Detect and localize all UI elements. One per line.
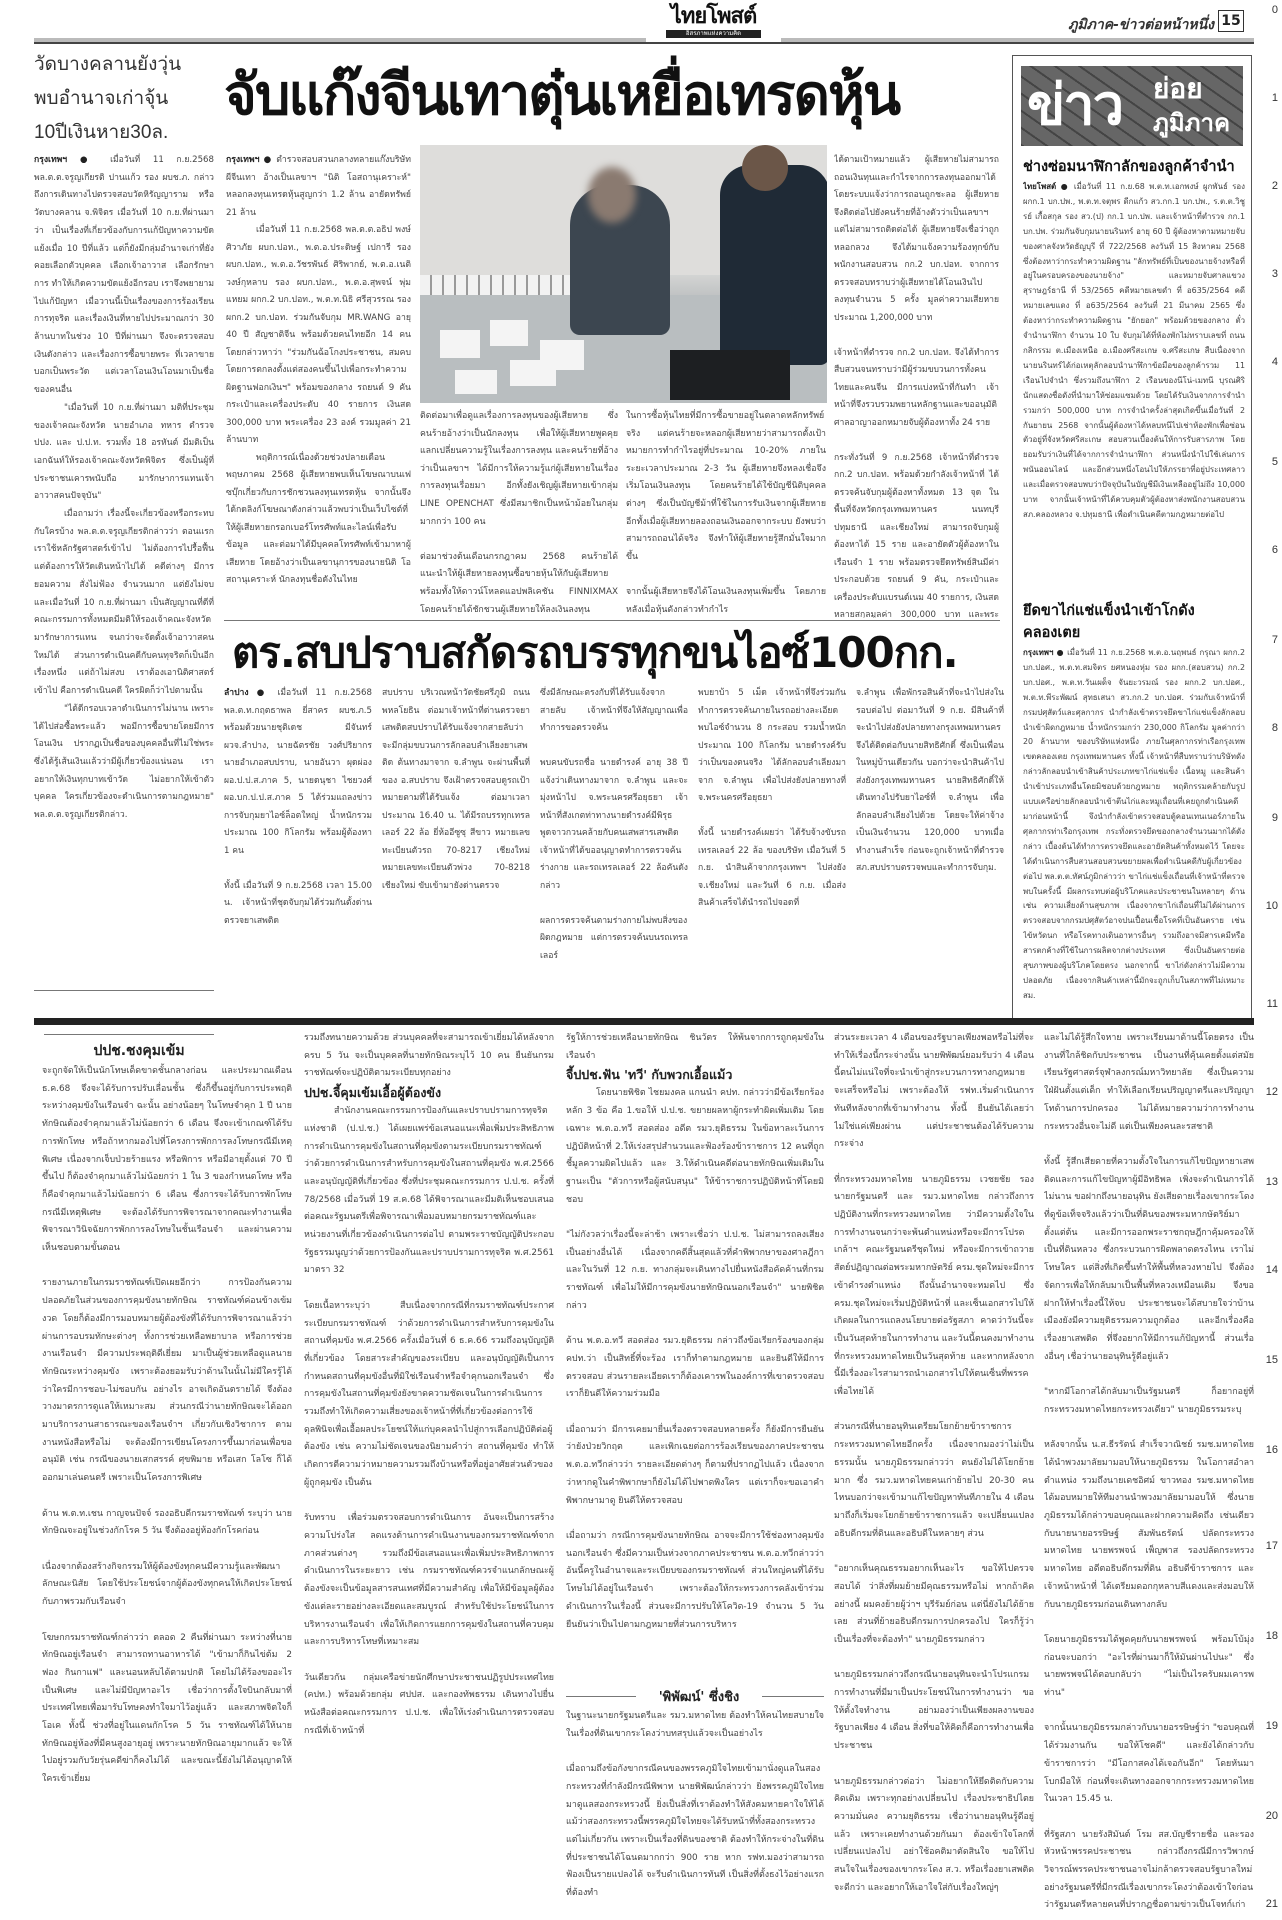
- margin-number: 5: [1272, 456, 1278, 468]
- margin-number: 15: [1266, 1354, 1278, 1366]
- ice-col-1: ลำปาง ● เมื่อวันที่ 11 ก.ย.2568 พล.ต.ท.ก…: [224, 685, 372, 1015]
- margin-number: 4: [1272, 356, 1278, 368]
- news-briefs-banner: ข่าว ย่อย ภูมิภาค: [1021, 66, 1243, 146]
- divider: [34, 990, 214, 991]
- margin-number: 13: [1266, 1176, 1278, 1188]
- paragraph: โดยนายพิชิต ไชยมงคล แกนนำ คปท. กล่าวว่าม…: [566, 1085, 824, 1634]
- subheading: ปปช.จี้คุมเข้มเอื้อผู้ต้องขัง: [304, 1083, 554, 1103]
- margin-number: 2: [1272, 180, 1278, 192]
- margin-number: 21: [1266, 1898, 1278, 1910]
- brief-title: ยึดขาไก่แช่แข็งนำเข้าโกดังคลองเตย: [1023, 600, 1245, 644]
- thaksin-col-2: รวมถึงทนายความด้วย ส่วนบุคคลที่จะสามารถเ…: [304, 1030, 554, 1915]
- paragraph: เมื่อวันที่ 11 ก.ย.2568 พล.ต.ต.อธิป พงษ์…: [226, 222, 411, 450]
- ice-col-4: พบยาบ้า 5 เม็ด เจ้าหน้าที่จึงร่วมกันทำกา…: [698, 685, 846, 1015]
- margin-number: 18: [1266, 1630, 1278, 1642]
- brief-title: ช่างซ่อมนาฬิกาลักของลูกค้าจำนำ: [1023, 156, 1245, 178]
- brief-watch-repair: ช่างซ่อมนาฬิกาลักของลูกค้าจำนำ ไทยโพสต์ …: [1023, 152, 1245, 592]
- masthead: ไทยโพสต์ อิสรภาพแห่งความคิด ภูมิภาค-ข่าว…: [34, 0, 1254, 46]
- paragraph: เมื่อวันที่ 11 ก.ย.2568 พล.ต.ท.กฤตธาพล ย…: [224, 688, 372, 926]
- divider: [224, 620, 1000, 621]
- dateline: ไทยโพสต์ ●: [1023, 182, 1070, 191]
- newspaper-logo: ไทยโพสต์ อิสรภาพแห่งความคิด: [646, 4, 781, 42]
- pipat-subheading: 'พิพัฒน์' ซึ่งชิง: [634, 1686, 764, 1707]
- logo-text: ไทยโพสต์: [646, 4, 781, 30]
- margin-number: 3: [1272, 268, 1278, 280]
- ice-col-2: สบปราบ บริเวณหน้าวัดชัยศรีภูมิ ถนนพหลโยธ…: [382, 685, 530, 1015]
- scam-col-2: ติดต่อมาเพื่อดูแลเรื่องการลงทุนของผู้เสี…: [420, 408, 618, 618]
- thaksin-col-4: ส่วนระยะเวลา 4 เดือนของรัฐบาลเพียงพอหรือ…: [834, 1030, 1034, 1915]
- paragraph: "เมื่อวันที่ 10 ก.ย.ที่ผ่านมา มติที่ประช…: [34, 400, 214, 506]
- subhead-line: วัดบางคลานยังวุ่น: [34, 48, 212, 82]
- subhead-line: พบอำนาจเก่าจุ้น: [34, 82, 212, 116]
- divider: [566, 1696, 636, 1697]
- headline-scam: จับแก๊งจีนเทาตุ๋นเหยื่อเทรดหุ้น: [224, 48, 954, 144]
- paragraph: เมื่อวันที่ 11 ก.ย.68 พ.ต.ท.เอกพงษ์ ผูกพ…: [1023, 182, 1245, 519]
- margin-number: 8: [1272, 722, 1278, 734]
- section-divider: [34, 1018, 1254, 1025]
- banner-big-text: ข่าว: [1027, 70, 1122, 142]
- ice-col-3: ซึ่งมีลักษณะตรงกับที่ได้รับแจ้งจากสายลับ…: [540, 685, 688, 1015]
- paragraph: เมื่อวันที่ 11 ก.ย.2568 พล.ต.ต.จรูญเกียร…: [34, 155, 214, 395]
- paragraph: "ได้ดีกรอบเวลาดำเนินการไม่นาน เพราะได้ไป…: [34, 701, 214, 825]
- paragraph: เมื่อวันที่ 11 ก.ย.2568 พ.ต.อ.นฤพนธ์ กรุ…: [1023, 648, 1245, 1000]
- dateline: ลำปาง ●: [224, 688, 270, 698]
- margin-number: 12: [1266, 1086, 1278, 1098]
- ice-col-5: จ.ลำพูน เพื่อพักรอสินค้าที่จะนำไปส่งในรอ…: [856, 685, 1004, 1015]
- page-number: 15: [1218, 10, 1244, 32]
- scam-col-1: กรุงเทพฯ ● ตำรวจสอบสวนกลางทลายแก๊งบริษัท…: [226, 152, 411, 614]
- margin-number: 16: [1266, 1444, 1278, 1456]
- scam-col-4: ได้ตามเป้าหมายแล้ว ผู้เสียหายไม่สามารถถอ…: [834, 152, 999, 618]
- dateline: กรุงเทพฯ ●: [34, 155, 97, 165]
- margin-number: 7: [1272, 634, 1278, 646]
- paragraph: รวมถึงทนายความด้วย ส่วนบุคคลที่จะสามารถเ…: [304, 1030, 554, 1083]
- margin-number: 6: [1272, 544, 1278, 556]
- thaksin-col-1: จะถูกจัดให้เป็นนักโทษเด็ดขาดชั้นกลางก่อน…: [42, 1063, 292, 1913]
- dateline: กรุงเทพฯ ●: [226, 155, 272, 165]
- headline-ice: ตร.สบปราบสกัดรถบรรทุกขนไอซ์100กก.: [232, 625, 992, 681]
- thaksin-col-5: และไม่ได้รู้สึกใจหาย เพราะเรียนมาด้านนี้…: [1044, 1030, 1254, 1915]
- margin-number: 19: [1266, 1720, 1278, 1732]
- section-label: ภูมิภาค-ข่าวต่อหน้าหนึ่ง: [1068, 14, 1214, 36]
- thaksin-col-3: รัฐให้การช่วยเหลือนายทักษิณ ชินวัตร ให้พ…: [566, 1030, 824, 1700]
- margin-number: 9: [1272, 812, 1278, 824]
- margin-number: 11: [1267, 998, 1278, 1010]
- subheading: จี้ปปช.ฟัน 'ทวี' กับพวกเอื้อแม้ว: [566, 1065, 824, 1085]
- brief-chicken-feet: ยึดขาไก่แช่แข็งนำเข้าโกดังคลองเตย กรุงเท…: [1023, 596, 1245, 1016]
- paragraph: พฤติการณ์เนื่องด้วยช่วงปลายเดือนพฤษภาคม …: [226, 450, 411, 590]
- divider: [762, 1696, 824, 1697]
- temple-subhead: วัดบางคลานยังวุ่น พบอำนาจเก่าจุ้น 10ปีเง…: [34, 48, 212, 150]
- margin-number: 10: [1266, 900, 1278, 912]
- newspaper-page: ไทยโพสต์ อิสรภาพแห่งความคิด ภูมิภาค-ข่าว…: [34, 0, 1254, 1920]
- margin-number: 14: [1266, 1264, 1278, 1276]
- thaksin-col-3b: ในฐานะนายกรัฐมนตรีและ รมว.มหาดไทย ต้องทำ…: [566, 1708, 824, 1913]
- banner-small-text: ภูมิภาค: [1153, 106, 1230, 140]
- margin-number: 20: [1266, 1810, 1278, 1822]
- margin-number: 1: [1272, 92, 1278, 104]
- scam-col-3: ในการซื้อหุ้นไทยที่มีการซื้อขายอยู่ในตลา…: [626, 408, 826, 618]
- paragraph: สำนักงานคณะกรรมการป้องกันและปราบปรามการท…: [304, 1103, 554, 1740]
- banner-small-text: ย่อย: [1153, 72, 1203, 106]
- dateline: กรุงเทพฯ ●: [1023, 648, 1064, 657]
- news-briefs-box: ข่าว ย่อย ภูมิภาค ช่างซ่อมนาฬิกาลักของลู…: [1012, 55, 1252, 1020]
- thaksin-section-title: ปปช.ชงคุมเข้ม: [74, 1040, 204, 1062]
- masthead-rule: [34, 38, 1254, 44]
- subhead-line: 10ปีเงินหาย30ล.: [34, 116, 212, 150]
- arrest-photo: [420, 145, 827, 403]
- logo-tagline: อิสรภาพแห่งความคิด: [666, 30, 761, 38]
- paragraph: เมื่อถามว่า เรื่องนี้จะเกี่ยวข้องหรือกระ…: [34, 506, 214, 701]
- paragraph: รัฐให้การช่วยเหลือนายทักษิณ ชินวัตร ให้พ…: [566, 1030, 824, 1065]
- margin-number: 17: [1266, 1540, 1278, 1552]
- margin-number: 0: [1272, 4, 1278, 16]
- temple-body: กรุงเทพฯ ● เมื่อวันที่ 11 ก.ย.2568 พล.ต.…: [34, 152, 214, 825]
- divider: [44, 1034, 214, 1035]
